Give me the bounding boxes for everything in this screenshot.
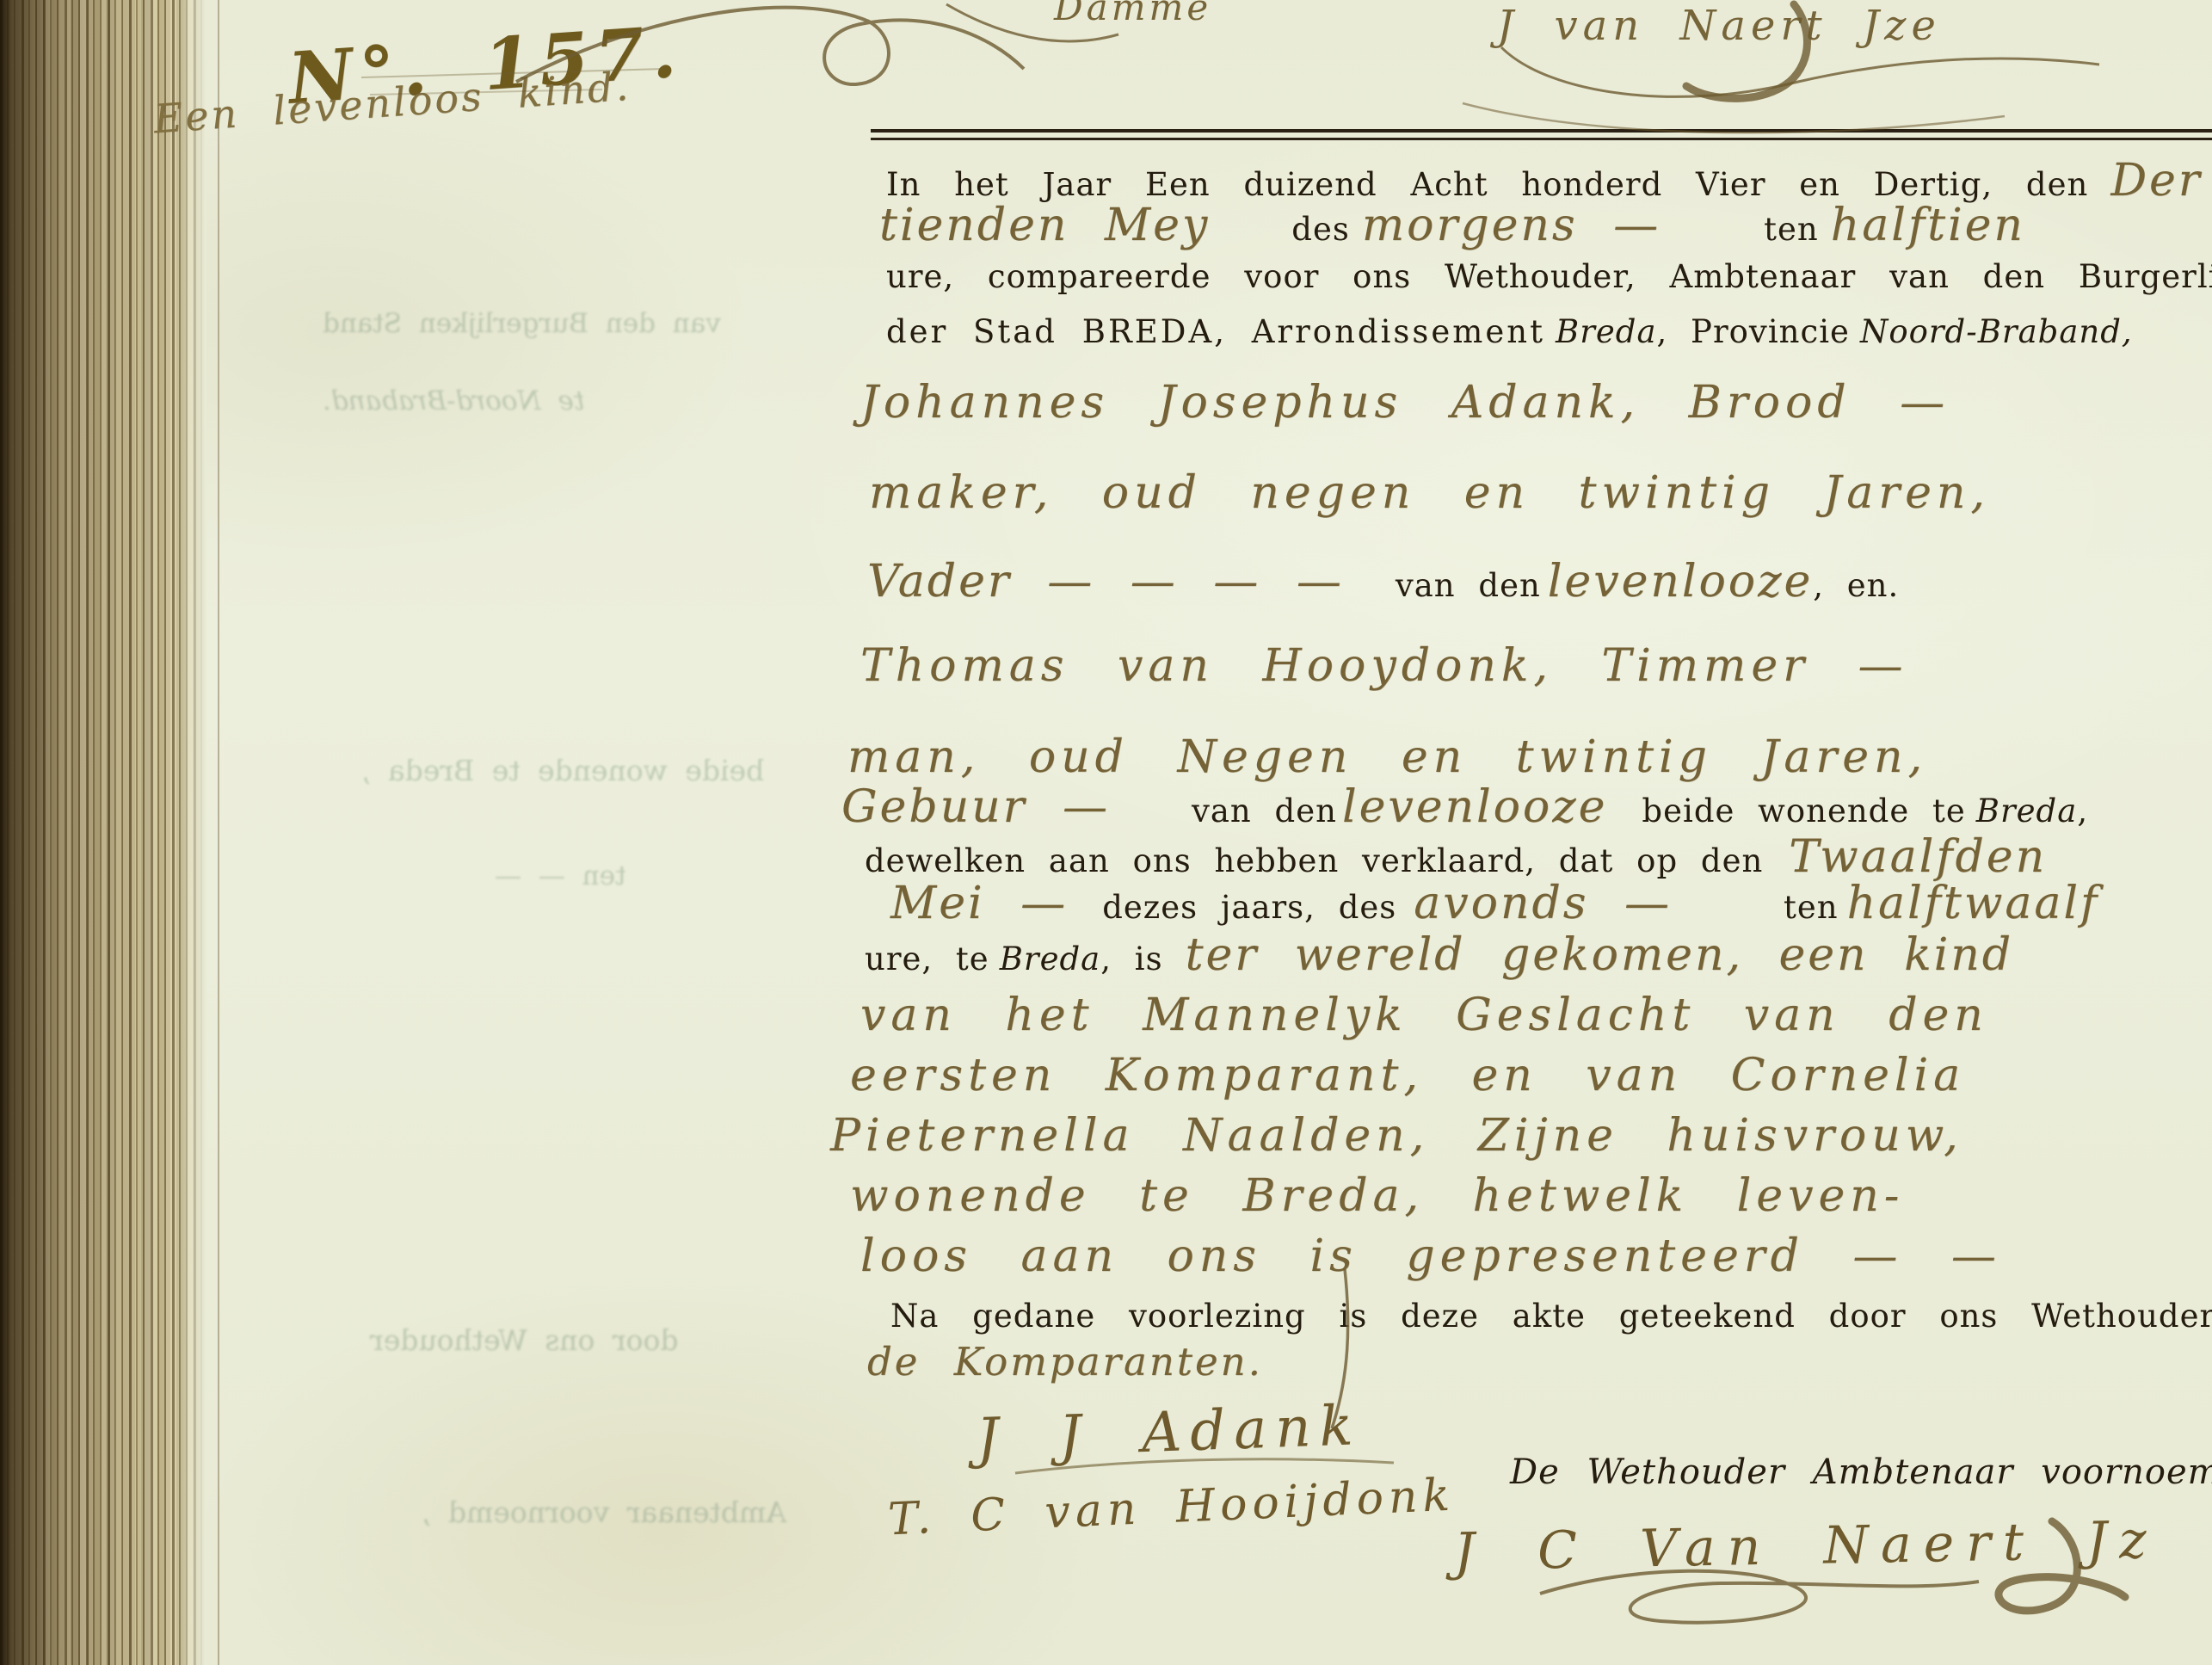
- top-cutoff-signature-center: Damme: [1054, 0, 1211, 28]
- printed-italic-place: Breda: [1976, 792, 2078, 829]
- handwritten-day: Twaalfden: [1789, 831, 2047, 883]
- double-rule: [871, 129, 2212, 140]
- handwritten-born-statement: ter wereld gekomen, een kind: [1186, 929, 2013, 981]
- handwritten-time-of-day: morgens —: [1362, 200, 1661, 251]
- bleedthrough-text: Ambtenaar voornoemd ,: [422, 1495, 786, 1529]
- bleedthrough-text: beide wonende te Breda ,: [361, 754, 764, 787]
- top-cutoff-signature-right: J van Naert Jze: [1497, 2, 1941, 50]
- signature-declarant: J J Adank: [976, 1394, 1363, 1471]
- handwritten-hour: halftien: [1831, 200, 2025, 251]
- handwritten-parents: eersten Komparant, en van Cornelia: [850, 1050, 1965, 1101]
- handwritten-mother-name: Pieternella Naalden, Zijne huisvrouw,: [830, 1110, 1963, 1162]
- handwritten-levenlooze: levenlooze: [1548, 556, 1813, 607]
- handwritten-residence: wonende te Breda, hetwelk leven-: [850, 1170, 1904, 1222]
- printed-text: dewelken aan ons hebben verklaard, dat o…: [865, 842, 1763, 879]
- printed-text: des: [1291, 211, 1350, 248]
- handwritten-presented-lifeless: loos aan ons is gepresenteerd — —: [860, 1230, 2001, 1282]
- handwritten-declarant-details: maker, oud negen en twintig Jaren,: [869, 467, 1990, 519]
- handwritten-month: Mei —: [890, 878, 1068, 929]
- handwritten-relation2: Gebuur —: [841, 781, 1110, 833]
- bleedthrough-text: te Noord-Braband.: [323, 385, 584, 416]
- printed-italic-province: Noord-Braband,: [1860, 313, 2133, 350]
- bleedthrough-text: ten — —: [495, 860, 625, 891]
- printed-text: beide wonende te: [1642, 792, 1965, 829]
- printed-text: ten: [1764, 211, 1819, 248]
- printed-text: dezes jaars, des: [1102, 889, 1396, 926]
- handwritten-date: tienden Mey: [879, 200, 1210, 251]
- printed-text: ure, compareerde voor ons Wethouder, Amb…: [886, 258, 2212, 295]
- printed-text: , is: [1100, 940, 1162, 977]
- printed-closing-text: Na gedane voorlezing is deze akte geteek…: [890, 1298, 2212, 1335]
- printed-text: ,: [2077, 792, 2088, 829]
- printed-official-title: De Wethouder Ambtenaar voornoemd,: [1510, 1452, 2212, 1492]
- handwritten-relation: Vader — — — —: [867, 556, 1344, 607]
- underlying-page-edge: [218, 0, 219, 1665]
- bleedthrough-text: van den Burgerlijken Stand: [323, 308, 721, 339]
- handwritten-sex-of-child: van het Mannelyk Geslacht van den: [860, 990, 1988, 1041]
- printed-text: , Provincie: [1657, 313, 1850, 350]
- handwritten-hour: halftwaalf: [1847, 878, 2100, 929]
- book-page-edges: [0, 0, 205, 1665]
- printed-text: van den: [1192, 792, 1337, 829]
- handwritten-komparanten: de Komparanten.: [867, 1339, 1263, 1384]
- signature-witness: T. C van Hooijdonk: [887, 1470, 1456, 1546]
- printed-italic-place: Breda: [1556, 313, 1657, 350]
- handwritten-witness-details: man, oud Negen en twintig Jaren,: [847, 731, 1927, 783]
- handwritten-levenlooze: levenlooze: [1342, 781, 1607, 833]
- scanned-register-page: van den Burgerlijken Stand te Noord-Brab…: [0, 0, 2212, 1665]
- handwritten-date-part: Der —: [2110, 155, 2212, 207]
- handwritten-witness-name: Thomas van Hooydonk, Timmer —: [860, 640, 1908, 692]
- printed-italic-place: Breda: [1000, 940, 1101, 977]
- printed-text: In het Jaar Een duizend Acht honderd Vie…: [886, 166, 2088, 203]
- printed-text: , en.: [1813, 567, 1899, 604]
- printed-text: der Stad BREDA, Arrondissement: [886, 313, 1545, 350]
- handwritten-time-of-day: avonds —: [1414, 878, 1672, 929]
- bleedthrough-text: door ons Wethouder: [370, 1323, 679, 1357]
- printed-text: van den: [1396, 567, 1541, 604]
- printed-text: ten: [1784, 889, 1839, 926]
- handwritten-declarant-name: Johannes Josephus Adank, Brood —: [860, 377, 1950, 429]
- printed-text: ure, te: [865, 940, 989, 977]
- signature-wethouder: J C Van Naert Jz: [1453, 1510, 2159, 1582]
